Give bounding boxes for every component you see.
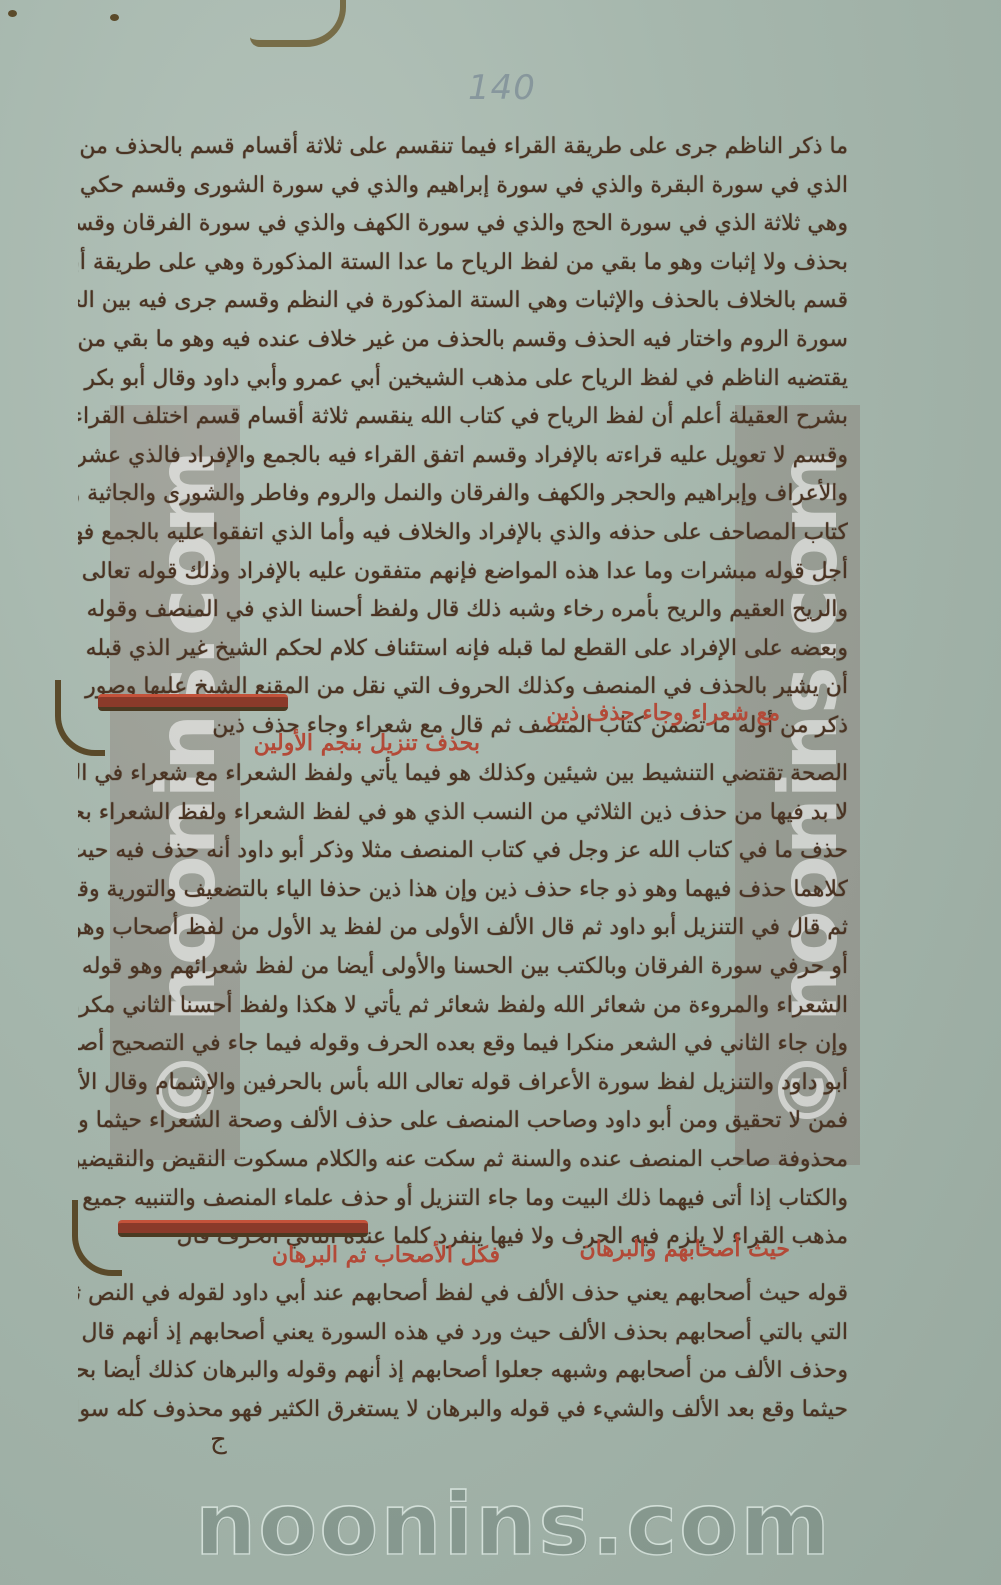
manuscript-text-middle: الصحة تقتضي التنشيط بين شيئين وكذلك هو ف… (78, 755, 848, 1257)
text-line: والريح العقيم والريح بأمره رخاء وشبه ذلك… (78, 591, 848, 630)
text-line: كتاب المصاحف على حذفه والذي بالإفراد وال… (78, 514, 848, 553)
text-line: والكتاب إذا أتى فيهما ذلك البيت وما جاء … (78, 1180, 848, 1219)
text-line: وإن جاء الثاني في الشعر منكرا فيما وقع ب… (78, 1025, 848, 1064)
text-line: حيثما وقع بعد الألف والشيء في قوله والبر… (78, 1391, 848, 1430)
text-line: حذف ما في كتاب الله عز وجل في كتاب المنص… (78, 832, 848, 871)
text-line: محذوفة صاحب المنصف عنده والسنة ثم سكت عن… (78, 1141, 848, 1180)
text-line: سورة الروم واختار فيه الحذف وقسم بالحذف … (78, 321, 848, 360)
manuscript-text-top: ما ذكر الناظم جرى على طريقة القراء فيما … (78, 128, 848, 746)
top-ink-flourish (250, 0, 346, 47)
rubric-verse-4: فكل الأصحاب ثم البرهان (200, 1242, 500, 1268)
embossed-watermark: noonins.com (195, 1475, 815, 1575)
text-line: الصحة تقتضي التنشيط بين شيئين وكذلك هو ف… (78, 755, 848, 794)
text-line: بحذف ولا إثبات وهو ما بقي من لفظ الرياح … (78, 244, 848, 283)
manuscript-text-bottom: قوله حيث أصحابهم يعني حذف الألف في لفظ أ… (78, 1275, 848, 1429)
text-line: التي بالتي أصحابهم بحذف الألف حيث ورد في… (78, 1314, 848, 1353)
catchword: ج (210, 1425, 227, 1455)
ink-dot (8, 10, 17, 17)
text-line: أو حرفي سورة الفرقان وبالكتب بين الحسنا … (78, 948, 848, 987)
text-line: ما ذكر الناظم جرى على طريقة القراء فيما … (78, 128, 848, 167)
text-line: وهي ثلاثة الذي في سورة الحج والذي في سور… (78, 205, 848, 244)
text-line: فمن لا تحقيق ومن أبو داود وصاحب المنصف ع… (78, 1102, 848, 1141)
text-line: أبو داود والتنزيل لفظ سورة الأعراف قوله … (78, 1064, 848, 1103)
text-line: لا بد فيها من حذف ذين الثلاثي من النسب ا… (78, 794, 848, 833)
section-marker-flourish (72, 1200, 122, 1276)
ink-dot (110, 14, 119, 21)
section-marker-stroke (118, 1220, 368, 1237)
section-marker-stroke (98, 694, 288, 711)
manuscript-page: 140 © noonins.com © noonins.com ما ذكر ا… (0, 0, 1001, 1585)
text-line: الذي في سورة البقرة والذي في سورة إبراهي… (78, 167, 848, 206)
text-line: ثم قال في التنزيل أبو داود ثم قال الألف … (78, 909, 848, 948)
text-line: قسم بالخلاف بالحذف والإثبات وهي الستة ال… (78, 282, 848, 321)
text-line: كلاهما حذف فيهما وهو ذو جاء حذف ذين وإن … (78, 871, 848, 910)
text-line: وبعضه على الإفراد على القطع لما قبله فإن… (78, 630, 848, 669)
text-line: والأعراف وإبراهيم والحجر والكهف والفرقان… (78, 475, 848, 514)
text-line: قوله حيث أصحابهم يعني حذف الألف في لفظ أ… (78, 1275, 848, 1314)
text-line: الشعراء والمروءة من شعائر الله ولفظ شعائ… (78, 987, 848, 1026)
rubric-verse-2: بحذف تنزيل بنجم الأولين (200, 730, 480, 756)
text-line: وحذف الألف من أصحابهم وشبهه جعلوا أصحابه… (78, 1352, 848, 1391)
text-line: وقسم لا تعويل عليه قراءته بالإفراد وقسم … (78, 437, 848, 476)
text-line: أجل قوله مبشرات وما عدا هذه المواضع فإنه… (78, 553, 848, 592)
rubric-verse-3: حيث أصحابهم والبرهان (540, 1236, 790, 1262)
section-marker-flourish (55, 680, 105, 756)
folio-number: 140 (468, 68, 536, 108)
text-line: يقتضيه الناظم في لفظ الرياح على مذهب الش… (78, 360, 848, 399)
text-line: بشرح العقيلة أعلم أن لفظ الرياح في كتاب … (78, 398, 848, 437)
rubric-verse-1: مع شعراء وجاء حذف ذين (480, 700, 780, 726)
